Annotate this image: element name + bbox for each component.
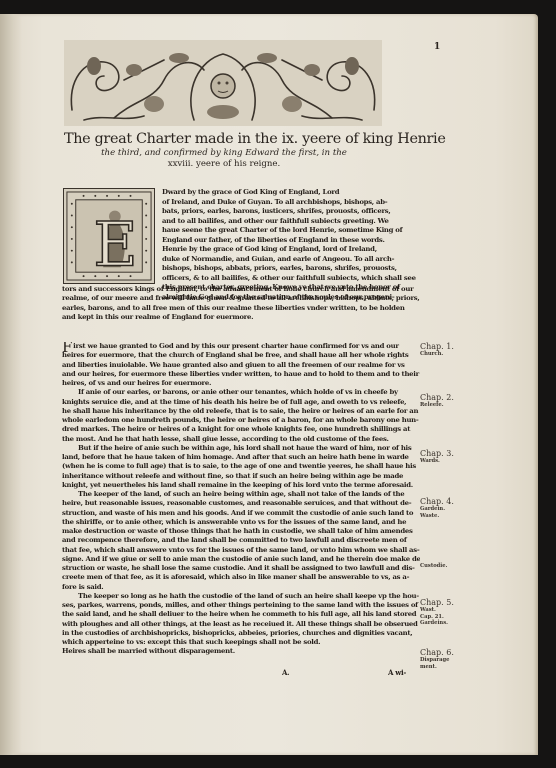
text-line: with ploughes and all other things, at t… [62, 620, 420, 629]
text-line: knights seruice die, and at the time of … [62, 398, 420, 407]
text-line: the shiriffe, or to anie other, which is… [62, 518, 420, 527]
title-line-2: the third, and confirmed by king Edward … [64, 148, 384, 159]
text-line: whole earledom one hundreth pounds, the … [62, 416, 420, 425]
text-line: Henrie by the grace of God king of Engla… [162, 245, 437, 255]
text-line: If anie of our earles, or barons, or ani… [62, 388, 420, 397]
margin-note-subject: Custodie. [420, 563, 447, 570]
chapters-text: First we haue granted to God and by this… [62, 342, 420, 657]
text-line: which apperteine to vs: except this that… [62, 638, 420, 647]
margin-note-subject: Church. [420, 351, 454, 358]
margin-note: Custodie. [420, 563, 447, 570]
margin-note-subject: Wards. [420, 458, 454, 465]
text-line: Dward by the grace of God King of Englan… [162, 188, 437, 198]
page-gutter [0, 14, 22, 755]
signature-mark: A. [282, 668, 289, 677]
text-line: England our father, of the liberties of … [162, 236, 437, 246]
text-line: in the custodies of archbishopricks, bis… [62, 629, 420, 638]
text-line: and kept in this our realme of England f… [62, 313, 438, 322]
text-line: bats, priors, earles, barons, iusticers,… [162, 207, 437, 217]
svg-text:E: E [93, 210, 137, 280]
historiated-initial-e-icon: E [63, 188, 155, 284]
text-line: make destruction or waste of those thing… [62, 527, 420, 536]
text-line: (when he is come to full age) that is to… [62, 462, 420, 471]
text-line: The keeper so long as he hath the custod… [62, 592, 420, 601]
text-line: that fee, which shall answere vnto vs fo… [62, 546, 420, 555]
margin-note: Chap. 5.Wast.Cap. 21.Gardeins. [420, 598, 454, 627]
text-line: and to all bailifes, and other our faith… [162, 217, 437, 227]
text-line: Heires shall be married without disparag… [62, 647, 420, 656]
text-line: the most. And he that hath lesse, shall … [62, 435, 420, 444]
document-title: The great Charter made in the ix. yeere … [64, 131, 384, 170]
margin-note-subject: ment. [420, 664, 454, 671]
text-line: tors and successors kings of England, to… [62, 285, 438, 294]
text-line: officers, & to all bailifes, & other our… [162, 274, 437, 284]
text-line: duke of Normandie, and Guian, and earle … [162, 255, 437, 265]
margin-note: Chap. 1.Church. [420, 342, 454, 358]
text-line: First we haue granted to God and by this… [62, 342, 420, 351]
text-line: inheritance without releefe and without … [62, 472, 420, 481]
margin-note-subject: Disparage [420, 657, 454, 664]
text-line: and our heires, for euermore these liber… [62, 370, 420, 379]
text-line: The keeper of the land, of such an heire… [62, 490, 420, 499]
intro-paragraph-continued: tors and successors kings of England, to… [62, 285, 438, 323]
text-line: haue seene the great Charter of the lord… [162, 226, 437, 236]
catchword: A wi- [388, 668, 406, 677]
margin-note-chapter: Chap. 2. [420, 393, 454, 402]
text-line: signe. And if we giue or sell to anie ma… [62, 555, 420, 564]
ornamental-headpiece-icon [64, 40, 382, 126]
text-line: struction, and waste of his men and his … [62, 509, 420, 518]
title-line-1: The great Charter made in the ix. yeere … [64, 131, 384, 148]
text-line: earles, barons, and to all free men of t… [62, 304, 438, 313]
text-line: struction or waste, he shall lose the sa… [62, 564, 420, 573]
text-line: bishops, bishops, abbats, priors, earles… [162, 264, 437, 274]
margin-notes: Chap. 1.Church.Chap. 2.Releefe.Chap. 3.W… [420, 0, 480, 768]
margin-note-subject: Gardeins. [420, 620, 454, 627]
text-line: he shall haue his inheritance by the old… [62, 407, 420, 416]
margin-note: Chap. 2.Releefe. [420, 393, 454, 409]
text-line: and recompence therefore, and the land s… [62, 536, 420, 545]
margin-note-chapter: Chap. 3. [420, 449, 454, 458]
margin-note-chapter: Chap. 5. [420, 598, 454, 607]
margin-note-chapter: Chap. 1. [420, 342, 454, 351]
margin-note-chapter: Chap. 6. [420, 648, 454, 657]
text-line: heire, but reasonable issues, reasonable… [62, 499, 420, 508]
text-line: creete men of that fee, as it is aforesa… [62, 573, 420, 582]
text-line: ses, parkes, warrens, ponds, milles, and… [62, 601, 420, 610]
margin-note-subject: Waste. [420, 513, 454, 520]
text-line: land, before that he haue taken of him h… [62, 453, 420, 462]
text-line: heires for euermore, that the church of … [62, 351, 420, 360]
text-line: heires, of vs and our heires for euermor… [62, 379, 420, 388]
margin-note: Chap. 4.Gardein.Waste. [420, 497, 454, 519]
title-line-3: xxviii. yeere of his reigne. [64, 159, 384, 170]
text-line: dred markes. The heire or heires of a kn… [62, 425, 420, 434]
text-line: But if the heire of anie such be within … [62, 444, 420, 453]
margin-note-chapter: Chap. 4. [420, 497, 454, 506]
text-line: the said land, and he shall deliuer to t… [62, 610, 420, 619]
text-line: and liberties inuiolable. We haue grante… [62, 361, 420, 370]
text-line: of Ireland, and Duke of Guyan. To all ar… [162, 198, 437, 208]
margin-note-subject: Releefe. [420, 402, 454, 409]
text-line: realme, of our meere and free will haue … [62, 294, 438, 303]
margin-note: Chap. 6.Disparagement. [420, 648, 454, 670]
margin-note: Chap. 3.Wards. [420, 449, 454, 465]
text-line: knight, yet neuertheles his land shall r… [62, 481, 420, 490]
text-line: fore is said. [62, 583, 420, 592]
